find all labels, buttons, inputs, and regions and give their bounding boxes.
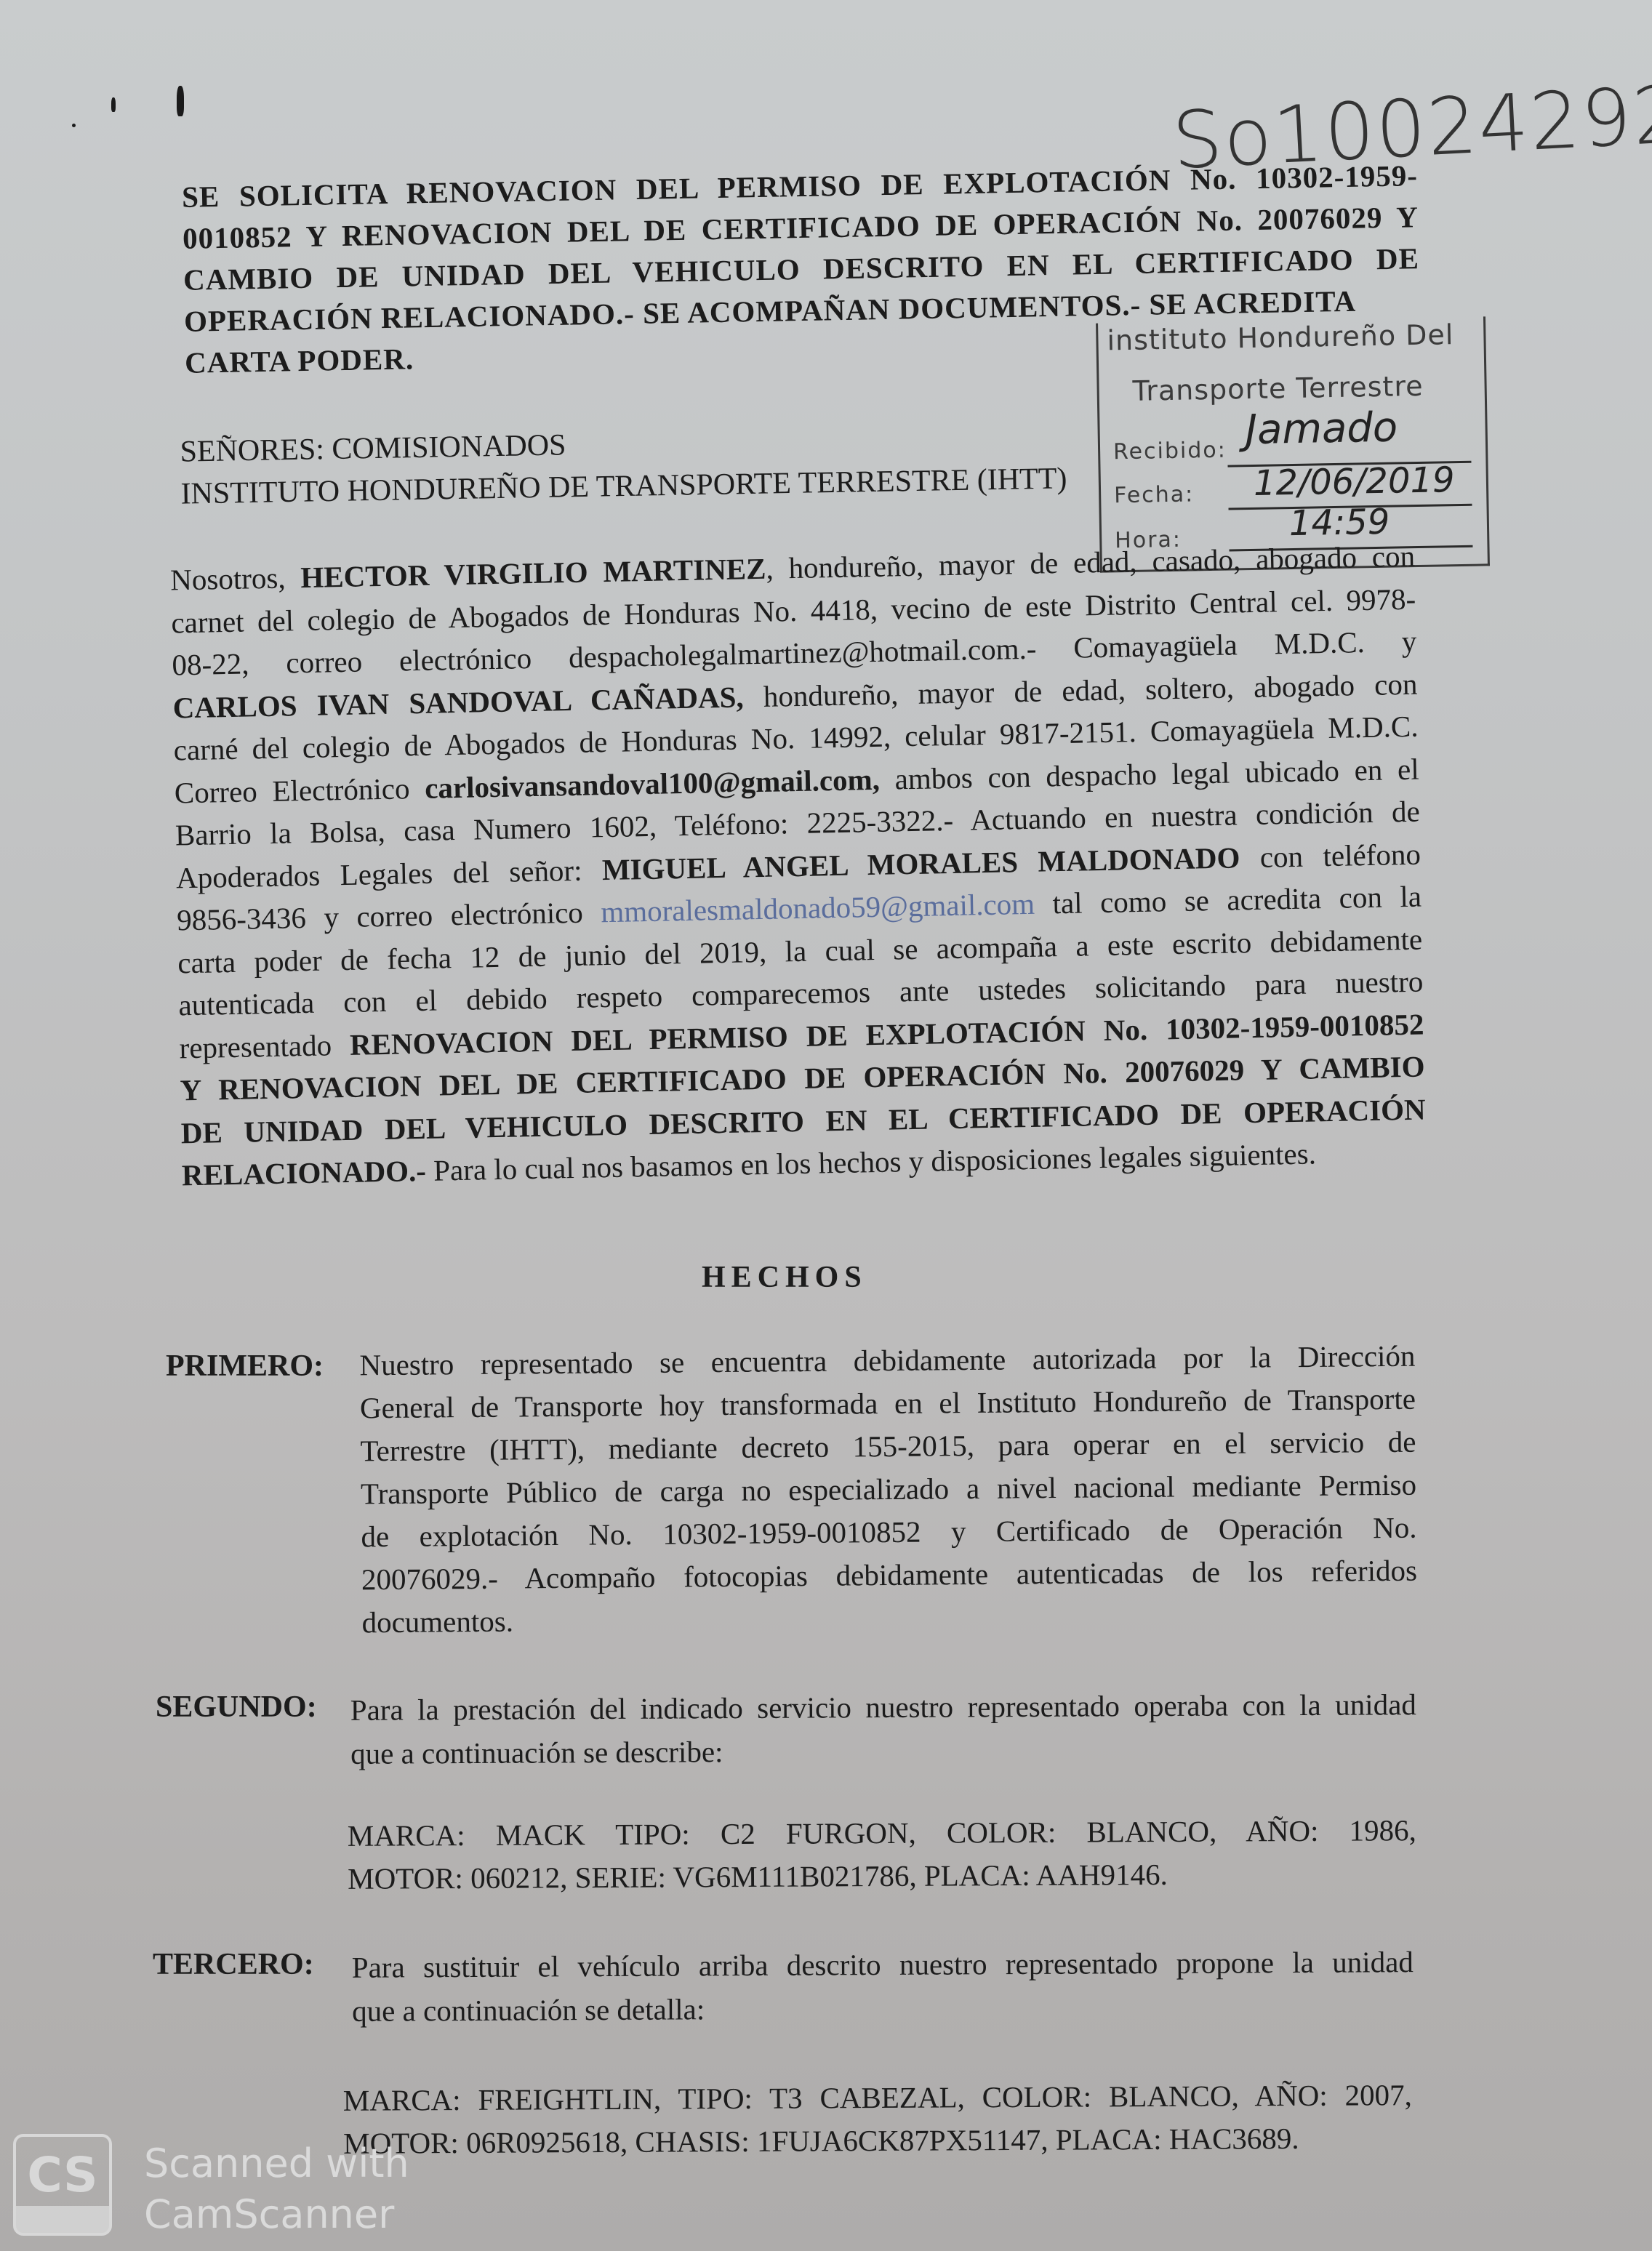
text-segment: Correo Electrónico (174, 771, 425, 809)
stamp-received-label: Recibido: (1113, 438, 1227, 465)
text-segment: General de Transporte hoy transformada e… (360, 1382, 1416, 1425)
stamp-date-label: Fecha: (1114, 481, 1195, 508)
text-segment: 9856-3436 y correo electrónico (177, 895, 601, 936)
text-segment: Nuestro representado se encuentra debida… (359, 1339, 1415, 1382)
text-segment: MOTOR: 060212, SERIE: VG6M111B021786, PL… (348, 1858, 1168, 1895)
stamp-date-value: 12/06/2019 (1253, 460, 1455, 504)
text-segment: MARCA: MACK TIPO: C2 FURGON, COLOR: BLAN… (348, 1813, 1416, 1853)
bold-segment: RELACIONADO.- (182, 1154, 427, 1192)
punch-mark (72, 124, 76, 127)
text-segment: con teléfono (1240, 837, 1421, 874)
fact-label-primero: PRIMERO: (166, 1349, 324, 1384)
bold-segment: carlosivansandoval100@gmail.com, (425, 762, 881, 804)
text-segment: documentos. (361, 1605, 513, 1640)
bold-segment: CARLOS IVAN SANDOVAL CAÑADAS, (172, 680, 744, 724)
paragraph-line: que a continuación se describe: (350, 1726, 1416, 1775)
fact-primero-text: Nuestro representado se encuentra debida… (359, 1335, 1418, 1645)
text-segment: MARCA: FREIGHTLIN, TIPO: T3 CABEZAL, COL… (343, 2078, 1412, 2117)
paragraph-line: MARCA: FREIGHTLIN, TIPO: T3 CABEZAL, COL… (343, 2074, 1412, 2122)
text-segment: Para la prestación del indicado servicio… (350, 1688, 1416, 1727)
stamp-title: Transporte Terrestre (1132, 370, 1424, 407)
text-segment: que a continuación se describe: (350, 1735, 723, 1770)
stamp-received-signature: Jamado (1245, 404, 1398, 454)
paragraph-line: MOTOR: 06R0925618, CHASIS: 1FUJA6CK87PX5… (343, 2116, 1412, 2165)
section-title-hechos: HECHOS (702, 1260, 867, 1295)
watermark-text: Scanned with CamScanner (144, 2138, 409, 2240)
text-segment: tal como se acredita con la (1035, 880, 1422, 920)
watermark-line: Scanned with (144, 2138, 409, 2189)
email-link[interactable]: mmoralesmaldonado59@gmail.com (601, 887, 1035, 928)
intro-paragraph: Nosotros, HECTOR VIRGILIO MARTINEZ, hond… (170, 535, 1427, 1197)
fact-segundo-vehicle: MARCA: MACK TIPO: C2 FURGON, COLOR: BLAN… (348, 1809, 1417, 1901)
fact-tercero-vehicle: MARCA: FREIGHTLIN, TIPO: T3 CABEZAL, COL… (343, 2074, 1413, 2165)
addressee-block: SEÑORES: COMISIONADOS INSTITUTO HONDUREÑ… (180, 415, 1067, 515)
watermark-line: CamScanner (144, 2189, 409, 2240)
punch-mark (177, 86, 184, 116)
text-segment: 20076029.- Acompaño fotocopias debidamen… (361, 1554, 1417, 1597)
text-segment: , hondureño, mayor de edad, casado, abog… (766, 539, 1415, 585)
text-segment: de explotación No. 10302-1959-0010852 y … (361, 1511, 1416, 1554)
punch-mark (111, 97, 116, 112)
fact-label-tercero: TERCERO: (153, 1947, 314, 1982)
fact-label-segundo: SEGUNDO: (156, 1690, 317, 1725)
text-segment: Apoderados Legales del señor: (176, 853, 603, 894)
paragraph-line: Para sustituir el vehículo arriba descri… (352, 1940, 1414, 1989)
text-segment: MOTOR: 06R0925618, CHASIS: 1FUJA6CK87PX5… (343, 2122, 1299, 2160)
reception-stamp: instituto Hondureño Del Transporte Terre… (1096, 316, 1490, 572)
fact-segundo-text: Para la prestación del indicado servicio… (350, 1682, 1417, 1775)
fact-tercero-text: Para sustituir el vehículo arriba descri… (352, 1940, 1414, 2033)
bold-segment: MIGUEL ANGEL MORALES MALDONADO (602, 840, 1240, 886)
text-segment: ambos con despacho legal ubicado en el (879, 752, 1419, 795)
text-segment: que a continuación se detalla: (352, 1992, 705, 2028)
text-segment: Transporte Público de carga no especiali… (361, 1468, 1416, 1511)
scanned-document-page: So100242922 SE SOLICITA RENOVACION DEL P… (0, 0, 1652, 2251)
paragraph-line: MOTOR: 060212, SERIE: VG6M111B021786, PL… (348, 1852, 1416, 1901)
bold-segment: HECTOR VIRGILIO MARTINEZ (300, 552, 766, 594)
paragraph-line: MARCA: MACK TIPO: C2 FURGON, COLOR: BLAN… (348, 1809, 1416, 1858)
text-segment: Para sustituir el vehículo arriba descri… (352, 1945, 1414, 1984)
paragraph-line: que a continuación se detalla: (352, 1983, 1414, 2033)
paragraph-line: Para la prestación del indicado servicio… (350, 1682, 1416, 1732)
text-segment: representado (179, 1027, 350, 1064)
stamp-title: instituto Hondureño Del (1107, 318, 1454, 356)
text-segment: Terrestre (IHTT), mediante decreto 155-2… (360, 1425, 1416, 1468)
camscanner-logo-icon: CS (13, 2134, 112, 2236)
text-segment: Nosotros, (170, 561, 301, 596)
